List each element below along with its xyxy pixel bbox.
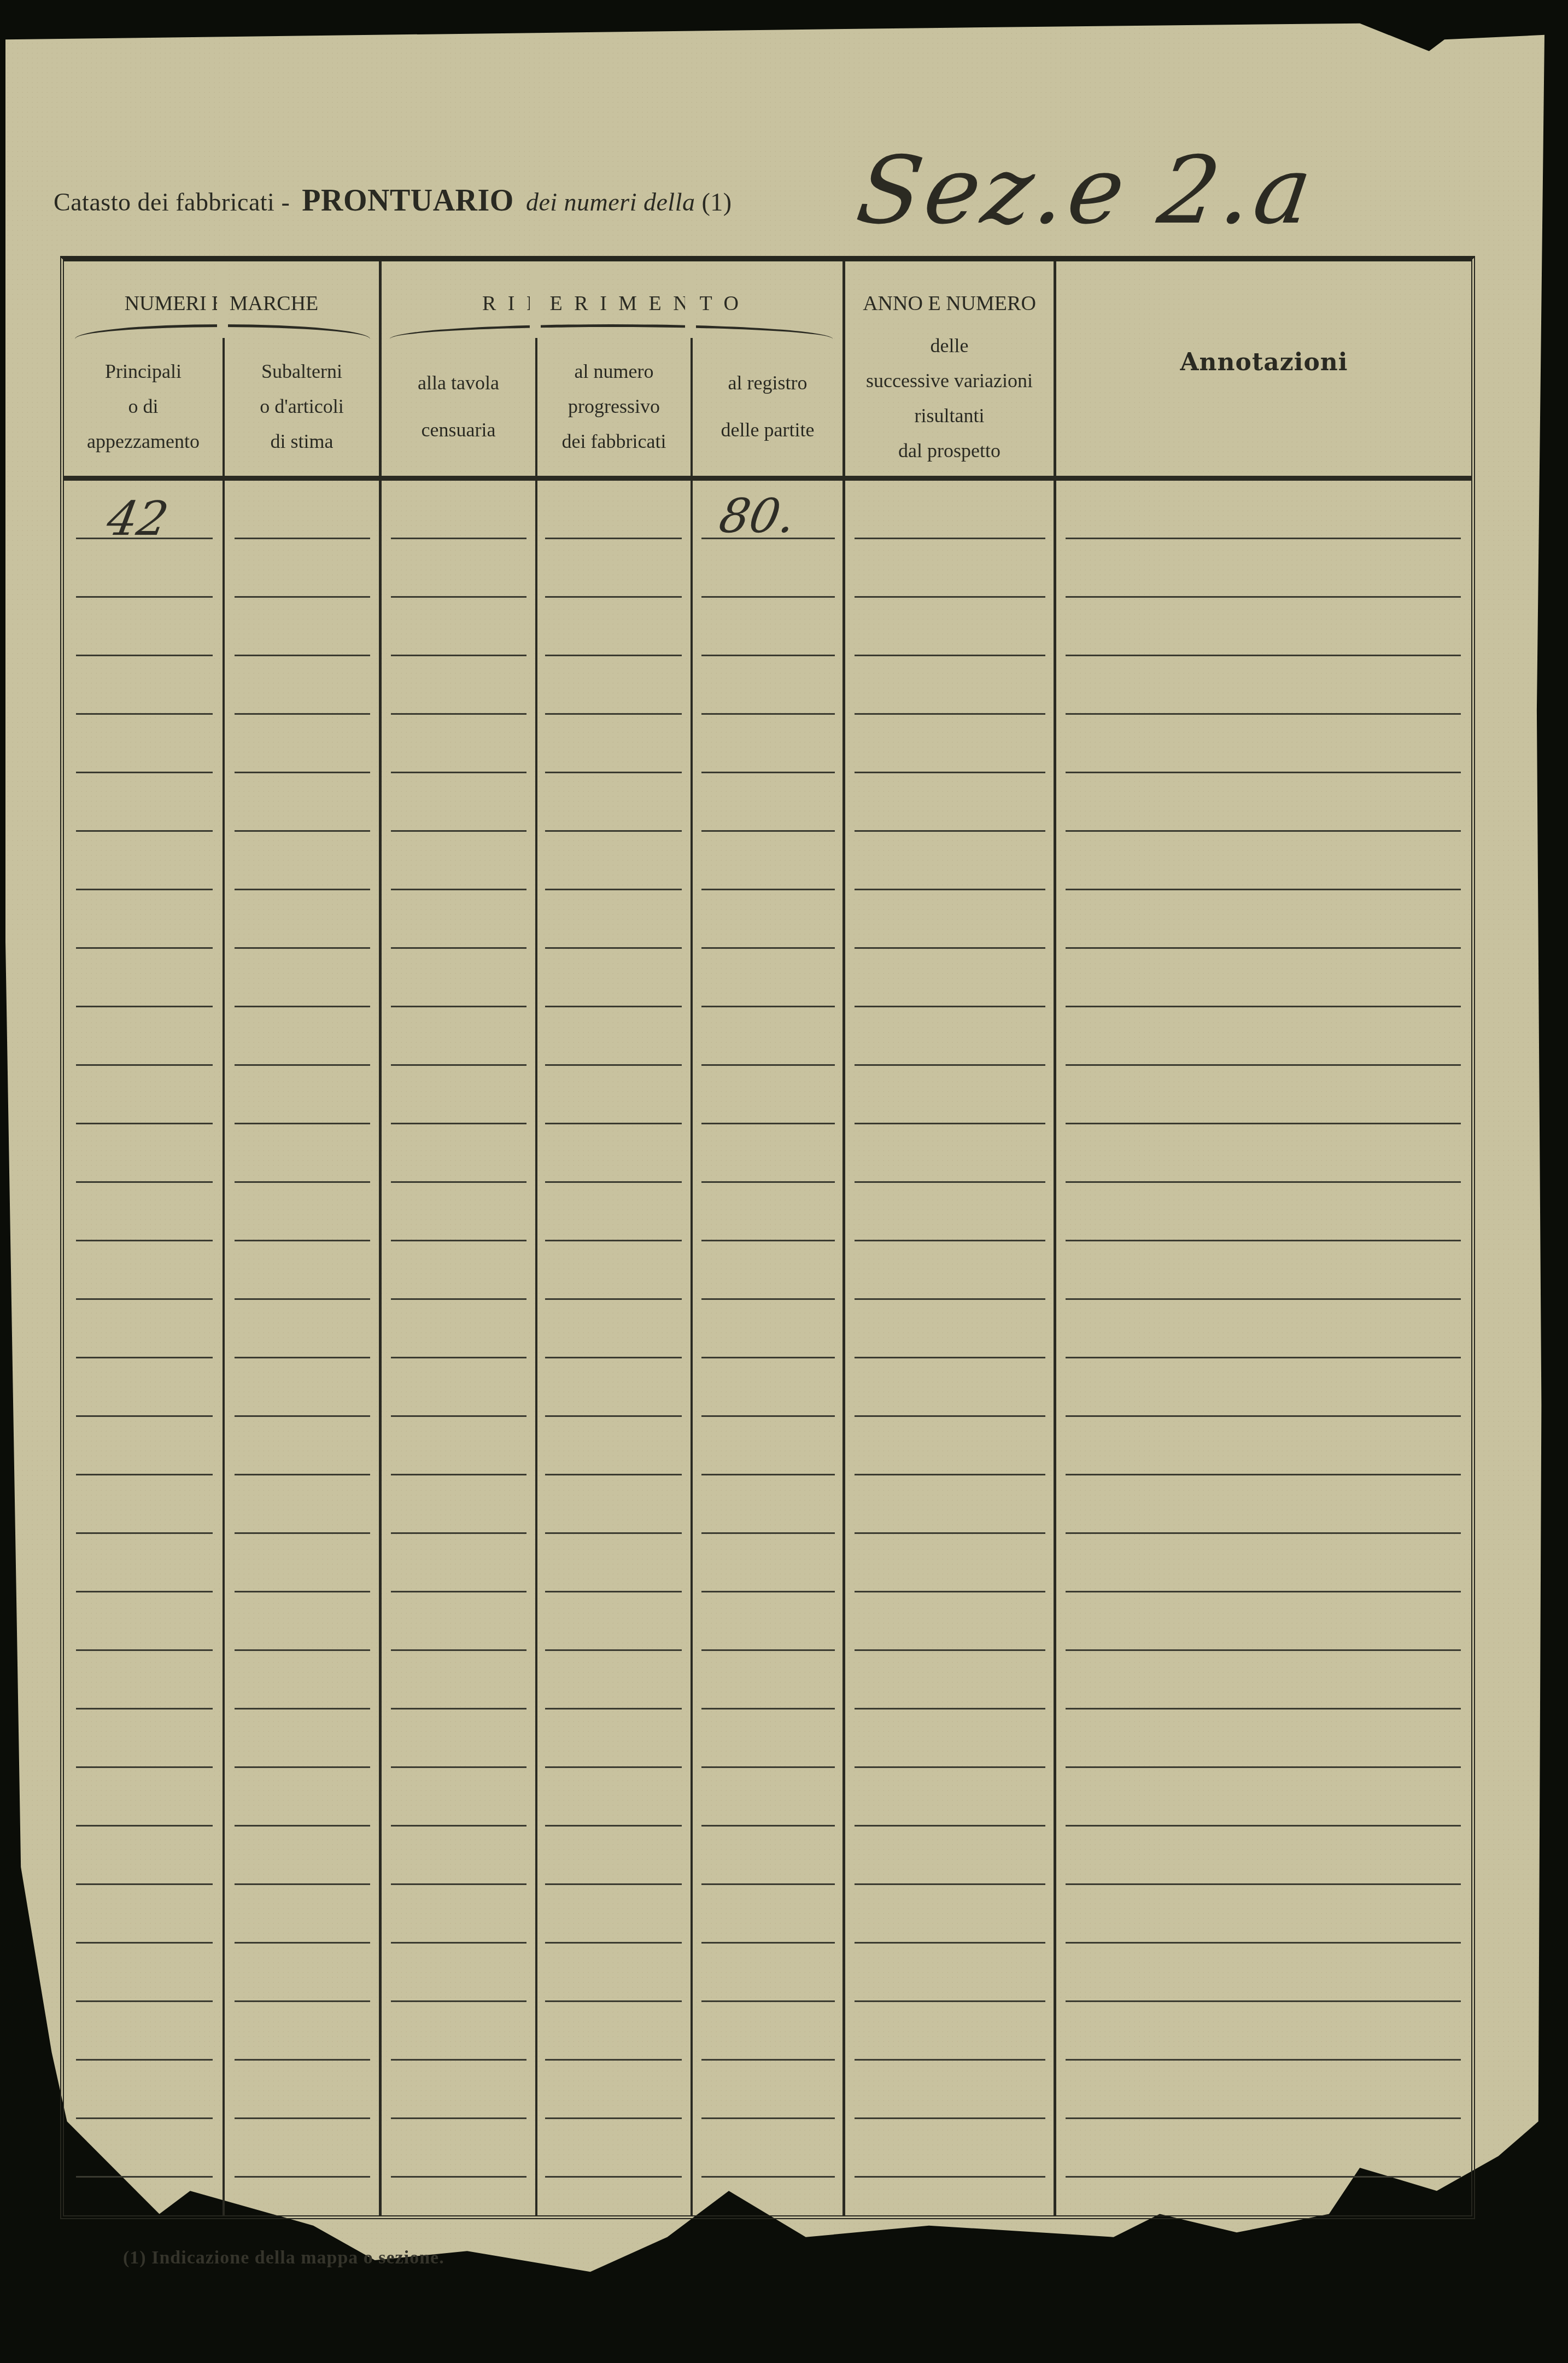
header-line: alla tavola bbox=[382, 359, 535, 406]
row-rule bbox=[1066, 2176, 1461, 2178]
table-row bbox=[64, 481, 1471, 539]
header-line: o di bbox=[64, 389, 223, 424]
table-row bbox=[64, 1827, 1471, 1885]
table-row bbox=[64, 656, 1471, 715]
table-row bbox=[64, 1534, 1471, 1592]
table-row bbox=[64, 949, 1471, 1007]
table-row bbox=[64, 1768, 1471, 1827]
page-title: Catasto dei fabbricati - PRONTUARIO dei … bbox=[54, 183, 732, 218]
table-row bbox=[64, 598, 1471, 656]
group-header-riferimento: R I F E R I M E N T O bbox=[382, 291, 842, 316]
table-row bbox=[64, 1417, 1471, 1475]
title-footnote-ref: (1) bbox=[701, 188, 732, 216]
column-header-registro-partite: al registro delle partite bbox=[693, 341, 842, 472]
header-divider bbox=[64, 476, 1471, 481]
table-row bbox=[64, 2119, 1471, 2178]
header-line: o d'articoli bbox=[225, 389, 379, 424]
table-row bbox=[64, 1066, 1471, 1124]
header-gap bbox=[530, 261, 541, 338]
title-main: PRONTUARIO bbox=[302, 184, 514, 218]
table-row bbox=[64, 2061, 1471, 2119]
header-line: delle partite bbox=[693, 406, 842, 453]
header-line: successive variazioni bbox=[845, 363, 1054, 398]
header-line: al numero bbox=[537, 354, 691, 389]
row-rule bbox=[855, 2176, 1045, 2178]
table-row bbox=[64, 1241, 1471, 1300]
column-header-variazioni: delle successive variazioni risultanti d… bbox=[845, 319, 1054, 477]
row-rule bbox=[545, 2176, 682, 2178]
header-line: censuaria bbox=[382, 406, 535, 453]
table-row bbox=[64, 1709, 1471, 1768]
column-header-subalterni: Subalterni o d'articoli di stima bbox=[225, 341, 379, 472]
column-header-numero-progressivo: al numero progressivo dei fabbricati bbox=[537, 341, 691, 472]
header-line: progressivo bbox=[537, 389, 691, 424]
table-row bbox=[64, 1651, 1471, 1709]
header-line: risultanti bbox=[845, 398, 1054, 433]
table-row bbox=[64, 715, 1471, 773]
title-suffix: dei numeri della bbox=[526, 188, 695, 216]
table-row bbox=[64, 1183, 1471, 1241]
table-body: 42 80. bbox=[64, 481, 1471, 2215]
handwritten-section: Sez.e 2.a bbox=[851, 137, 1321, 245]
column-header-annotazioni: Annotazioni bbox=[1056, 343, 1472, 382]
table-row bbox=[64, 1358, 1471, 1417]
header-line: appezzamento bbox=[64, 424, 223, 459]
table-row bbox=[64, 1300, 1471, 1358]
header-line: delle bbox=[845, 328, 1054, 363]
title-prefix: Catasto dei fabbricati - bbox=[54, 188, 290, 216]
header-line: Principali bbox=[64, 354, 223, 389]
table-row bbox=[64, 890, 1471, 949]
row-rule bbox=[76, 2176, 213, 2178]
group-header-anno-numero: ANNO E NUMERO bbox=[845, 291, 1054, 316]
table-row bbox=[64, 832, 1471, 890]
prontuario-table: NUMERI E MARCHE R I F E R I M E N T O AN… bbox=[60, 256, 1475, 2219]
row-rule bbox=[701, 2176, 835, 2178]
header-line: dal prospetto bbox=[845, 433, 1054, 468]
brace-riferimento bbox=[390, 324, 833, 339]
table-row bbox=[64, 1885, 1471, 1944]
column-header-tavola-censuaria: alla tavola censuaria bbox=[382, 341, 535, 472]
header-line: al registro bbox=[693, 359, 842, 406]
header-line: di stima bbox=[225, 424, 379, 459]
row-rule bbox=[235, 2176, 370, 2178]
header-gap bbox=[685, 261, 696, 338]
header-line: Subalterni bbox=[225, 354, 379, 389]
footnote: (1) Indicazione della mappa o sezione. bbox=[123, 2248, 444, 2268]
table-row bbox=[64, 539, 1471, 598]
header-gap bbox=[217, 261, 228, 338]
row-rule bbox=[391, 2176, 526, 2178]
table-row bbox=[64, 1475, 1471, 1534]
table-row bbox=[64, 1124, 1471, 1183]
table-row bbox=[64, 773, 1471, 832]
header-line: dei fabbricati bbox=[537, 424, 691, 459]
table-row bbox=[64, 2002, 1471, 2061]
table-row bbox=[64, 1944, 1471, 2002]
table-row bbox=[64, 1592, 1471, 1651]
table-row bbox=[64, 1007, 1471, 1066]
column-header-principali: Principali o di appezzamento bbox=[64, 341, 223, 472]
